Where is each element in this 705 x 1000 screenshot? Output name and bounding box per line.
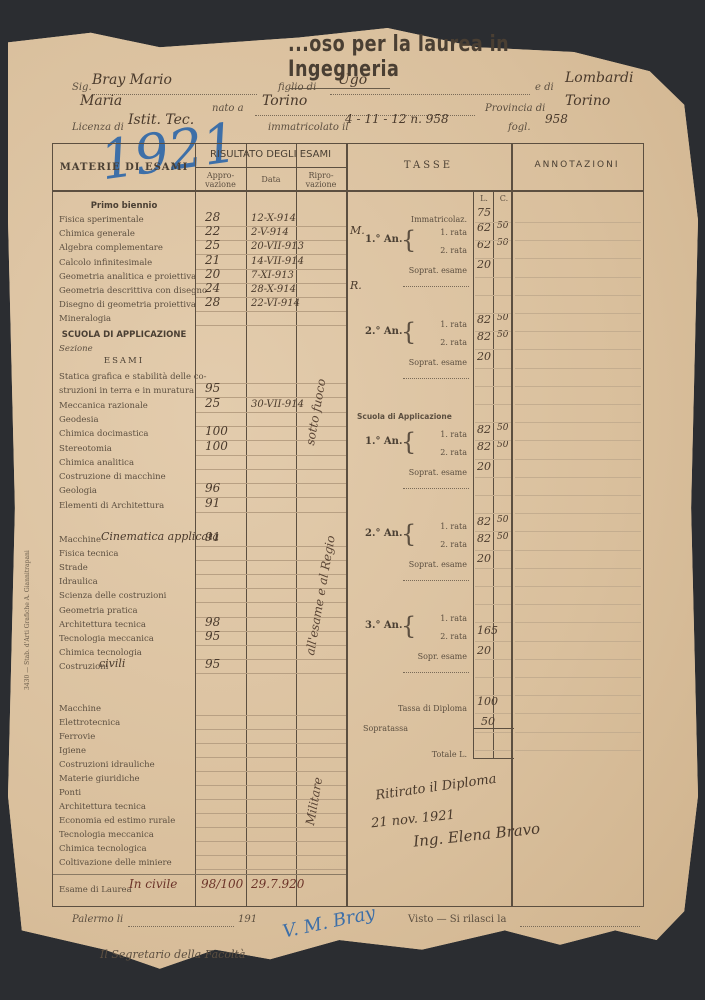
fogl-label: fogl. (508, 122, 531, 133)
tasse-year-label: 1.° An. (365, 436, 402, 447)
subject-row: Scienza delle costruzioni (59, 591, 166, 601)
subject-row: Idraulica (59, 577, 98, 587)
col-riprovazione-header: Ripro-vazione (296, 171, 346, 189)
subject-row: Fisica tecnica (59, 549, 118, 559)
annot-rule (515, 240, 641, 241)
rata2-L: 82 (477, 440, 491, 453)
col-L-header: L. (477, 194, 491, 203)
tasse-rule (475, 568, 511, 569)
tasse-year-label: 2.° An. (365, 326, 402, 337)
annot-rule (515, 222, 641, 223)
footer-visto-line (520, 926, 640, 927)
row-rule (196, 813, 346, 814)
rata2-L: 82 (477, 532, 491, 545)
subject-row: Macchine (59, 704, 101, 714)
soprat-L: 20 (477, 258, 491, 271)
footer-place-line (128, 926, 234, 927)
subject-row: Chimica generale (59, 229, 135, 239)
row-rule (196, 827, 346, 828)
row-rule (196, 469, 346, 470)
subject-row: Strade (59, 563, 88, 573)
col-divider (346, 144, 348, 906)
subject-row: Igiene (59, 746, 86, 756)
figlio-label: figlio di (278, 82, 316, 93)
row-rule (196, 311, 346, 312)
tasse-rule (475, 459, 511, 460)
section-esami: ESAMI (53, 356, 195, 366)
subject-grade: 28 (205, 295, 220, 309)
tasse-dotline (403, 286, 469, 287)
row-rule (196, 412, 346, 413)
footer-secretary: Il Segretario della Facoltà (100, 948, 245, 961)
subject-row: Geometria analitica e proiettiva (59, 272, 196, 282)
subject-row: Tecnologia meccanica (59, 634, 154, 644)
subject-grade: 20 (205, 267, 220, 281)
tasse-letter-r: R. (350, 279, 362, 292)
annot-rule (515, 277, 641, 278)
rata2-label: 2. rata (413, 540, 467, 549)
subject-row: Chimica tecnologica (59, 844, 147, 854)
rata1-L: 82 (477, 515, 491, 528)
col-materie-header: MATERIE DI ESAMI (53, 162, 195, 173)
tasse-rule (475, 477, 511, 478)
row-rule (196, 325, 346, 326)
soprat-L: 20 (477, 350, 491, 363)
annot-rule (515, 695, 641, 696)
scuola-applicazione-label: Scuola di Applicazione (357, 412, 467, 421)
tasse-dotline (403, 488, 469, 489)
subject-row: Economia ed estimo rurale (59, 816, 175, 826)
tasse-rule (475, 495, 511, 496)
col-approvazione-header: Appro-vazione (195, 171, 246, 189)
tasse-dotline (403, 672, 469, 673)
annot-rule (515, 459, 641, 460)
tasse-rule (475, 368, 511, 369)
row-rule (196, 645, 346, 646)
rata1-label: 1. rata (413, 430, 467, 439)
tasse-rule (475, 422, 511, 423)
footer-place: Palermo li (72, 914, 123, 925)
header-divider (53, 190, 643, 192)
subject-row: Algebra complementare (59, 243, 163, 253)
col-divider (511, 144, 513, 906)
section-primo-biennio: Primo biennio (53, 201, 195, 211)
immatricolaz-label: Immatricolaz. (383, 215, 467, 224)
subject-grade: 96 (205, 481, 220, 495)
immatricolato-value: 4 - 11 - 12 n. 958 (345, 112, 449, 126)
annot-rule (515, 586, 641, 587)
tasse-rule (475, 349, 511, 350)
subject-grade: 22 (205, 224, 220, 238)
subject-grade: 21 (205, 253, 220, 267)
rata1-label: 1. rata (413, 228, 467, 237)
annot-rule (515, 659, 641, 660)
tasse-rule (475, 240, 511, 241)
rata2-label: 2. rata (413, 632, 467, 641)
tassa-diploma-label: Tassa di Diploma (363, 704, 467, 713)
tasse-year-label: 3.° An. (365, 620, 402, 631)
row-rule (196, 729, 346, 730)
tasse-rule (475, 331, 511, 332)
subject-grade: 95 (205, 629, 220, 643)
tasse-rule (475, 386, 511, 387)
nato-value: Torino (262, 93, 307, 109)
annot-rule (515, 531, 641, 532)
subject-date: 22-VI-914 (251, 298, 300, 309)
esame-laurea-date: 29.7.920 (251, 877, 304, 891)
rata2-label: 2. rata (413, 338, 467, 347)
immatricolaz-L: 75 (477, 206, 491, 219)
provincia-value: Torino (565, 93, 610, 109)
tasse-rule (475, 604, 511, 605)
subject-row: Elettrotecnica (59, 718, 120, 728)
tasse-C-divider (493, 190, 494, 758)
subject-row: Macchine (59, 535, 101, 545)
subject-row: Elementi di Architettura (59, 501, 164, 511)
soprat-L: 20 (477, 460, 491, 473)
esame-laurea-note: In civile (129, 877, 177, 891)
annot-rule (515, 750, 641, 751)
totale-bottom (473, 758, 514, 759)
annot-rule (515, 368, 641, 369)
annot-rule (515, 568, 641, 569)
col-C-header: C. (497, 194, 511, 203)
annot-rule (515, 677, 641, 678)
tasse-rule (475, 586, 511, 587)
soprat-label: Soprat. esame (383, 560, 467, 569)
subject-row: Geometria descrittiva con disegno (59, 286, 207, 296)
annot-rule (515, 422, 641, 423)
madre-value: Lombardi (565, 70, 633, 86)
immatricolato-label: immatricolato il (268, 122, 349, 133)
annot-rule (515, 313, 641, 314)
subject-grade: 95 (205, 381, 220, 395)
subject-grade: 91 (205, 496, 220, 510)
riprovazione-note-2: all'esame e al Regio (303, 534, 338, 656)
subject-row: Architettura tecnica (59, 802, 146, 812)
provincia-label: Provincia di (485, 103, 545, 114)
tasse-rule (475, 550, 511, 551)
col-tasse-header: TASSE (346, 160, 511, 171)
tasse-rule (475, 750, 511, 751)
annot-rule (515, 386, 641, 387)
annotation-date: 21 nov. 1921 (370, 808, 455, 832)
subject-row: Disegno di geometria proiettiva (59, 300, 196, 310)
subject-date: 7-XI-913 (251, 270, 294, 281)
subject-row: Mineralogia (59, 314, 111, 324)
subject-date: 30-VII-914 (251, 399, 304, 410)
tasse-rule (475, 622, 511, 623)
annot-rule (515, 604, 641, 605)
annotation-ritirato: Ritirato il Diploma (375, 772, 498, 804)
rata1-label: 1. rata (413, 614, 467, 623)
annot-rule (515, 404, 641, 405)
rata2-label: 2. rata (413, 246, 467, 255)
subject-row: Chimica analitica (59, 458, 134, 468)
subject-row: Coltivazione delle miniere (59, 858, 172, 868)
annot-rule (515, 641, 641, 642)
col-risultato-header: RISULTATO DEGLI ESAMI (195, 149, 346, 160)
row-rule (196, 743, 346, 744)
annot-rule (515, 622, 641, 623)
rata1-C: 50 (497, 313, 508, 323)
soprat-label: Soprat. esame (383, 266, 467, 275)
tasse-rule (475, 440, 511, 441)
subject-row: Ferrovie (59, 732, 95, 742)
row-rule (196, 673, 346, 674)
totale-label: Totale L. (383, 750, 467, 759)
rata2-C: 50 (497, 440, 508, 450)
col-divider (195, 144, 196, 906)
subject-row: Geometria pratica (59, 606, 138, 616)
annot-rule (515, 495, 641, 496)
esame-laurea-grade: 98/100 (201, 877, 243, 891)
tasse-rule (475, 641, 511, 642)
soprat-L: 20 (477, 644, 491, 657)
row-rule (196, 455, 346, 456)
section-scuola-applicazione: SCUOLA DI APPLICAZIONE (53, 330, 195, 340)
annot-rule (515, 295, 641, 296)
subject-grade: 98 (205, 615, 220, 629)
riprovazione-note-3: Militare (303, 776, 325, 826)
rata2-label: 2. rata (413, 448, 467, 457)
row-rule (196, 799, 346, 800)
subject-note: civili (99, 657, 125, 670)
row-rule (196, 869, 346, 870)
subject-grade: 25 (205, 396, 220, 410)
subject-grade: 28 (205, 210, 220, 224)
col-divider (246, 144, 247, 906)
subject-grade: 100 (205, 439, 228, 453)
tasse-rule (475, 531, 511, 532)
subject-date: 20-VII-913 (251, 241, 304, 252)
exam-table: MATERIE DI ESAMI RISULTATO DEGLI ESAMI A… (52, 143, 644, 907)
subject-row: Geodesia (59, 415, 99, 425)
sig-label: Sig. (72, 82, 92, 93)
sig-value: Bray Mario (92, 72, 172, 88)
subject-row: Chimica docimastica (59, 429, 149, 439)
subject-row: Costruzione di macchine (59, 472, 166, 482)
subject-date: 12-X-914 (251, 213, 296, 224)
subject-date: 2-V-914 (251, 227, 289, 238)
tasse-rule (475, 313, 511, 314)
rata2-L: 165 (477, 624, 498, 637)
soprat-label: Soprat. esame (383, 358, 467, 367)
row-rule (196, 841, 346, 842)
annot-rule (515, 513, 641, 514)
tasse-year-label: 2.° An. (365, 528, 402, 539)
madre-value2: Maria (80, 93, 122, 109)
tasse-year-label: 1.° An. (365, 234, 402, 245)
tasse-rule (475, 695, 511, 696)
annot-rule (515, 349, 641, 350)
tasse-L-divider (473, 190, 474, 758)
tasse-dotline (403, 378, 469, 379)
row-rule (196, 855, 346, 856)
fogl-value: 958 (545, 112, 568, 126)
tasse-rule (475, 277, 511, 278)
totale-divider (473, 728, 514, 729)
subject-grade: 100 (205, 424, 228, 438)
sopratassa-label: Sopratassa (363, 724, 443, 733)
annot-rule (515, 477, 641, 478)
subject-row: Materie giuridiche (59, 774, 140, 784)
annot-rule (515, 331, 641, 332)
subject-row: Costruzioni idrauliche (59, 760, 155, 770)
subject-note: Cinematica applicata (101, 530, 219, 543)
esame-laurea-label: Esame di Laurea (59, 885, 132, 895)
row-rule (196, 771, 346, 772)
subject-date: 14-VII-914 (251, 256, 304, 267)
subject-row: Meccanica razionale (59, 401, 148, 411)
tasse-rule (475, 659, 511, 660)
subject-row: Architettura tecnica (59, 620, 146, 630)
tasse-rule (475, 295, 511, 296)
subheader-divider (195, 167, 346, 168)
sopratassa-L: 50 (481, 715, 495, 728)
printer-mark: 3430 — Stab. d'Arti Grafiche A. Giannitr… (24, 550, 31, 690)
col-annotazioni-header: ANNOTAZIONI (511, 160, 643, 170)
annot-rule (515, 550, 641, 551)
annot-rule (515, 440, 641, 441)
tasse-rule (475, 404, 511, 405)
subject-grade: 25 (205, 238, 220, 252)
subject-row: Fisica sperimentale (59, 215, 144, 225)
laurea-divider (53, 874, 346, 875)
col-data-header: Data (246, 175, 296, 184)
figlio-value: Ugo (338, 72, 367, 88)
rata1-L: 82 (477, 423, 491, 436)
subject-date: 28-X-914 (251, 284, 296, 295)
annot-rule (515, 258, 641, 259)
tasse-rule (475, 713, 511, 714)
subject-row: Ponti (59, 788, 81, 798)
subject-row: struzioni in terra e in muratura (59, 386, 194, 396)
sezione-label: Sezione (59, 344, 93, 354)
subject-row: Statica grafica e stabilità delle co- (59, 372, 207, 382)
rata1-C: 50 (497, 423, 508, 433)
tasse-rule (475, 222, 511, 223)
soprat-label: Sopr. esame (383, 652, 467, 661)
rata2-C: 50 (497, 532, 508, 542)
rata1-label: 1. rata (413, 320, 467, 329)
footer-year: 191 (238, 914, 257, 925)
tasse-rule (475, 732, 511, 733)
rata1-label: 1. rata (413, 522, 467, 531)
soprat-label: Soprat. esame (383, 468, 467, 477)
subject-grade: 24 (205, 281, 220, 295)
row-rule (196, 512, 346, 513)
subject-row: Stereotomia (59, 444, 112, 454)
rata1-L: 82 (477, 313, 491, 326)
figlio-line (330, 94, 530, 95)
tasse-rule (475, 513, 511, 514)
tasse-letter-m: M. (350, 224, 365, 237)
footer-visto: Visto — Si rilasci la (408, 914, 506, 925)
tassa-diploma-L: 100 (477, 695, 498, 708)
annot-rule (515, 732, 641, 733)
row-rule (196, 715, 346, 716)
subject-grade: 95 (205, 657, 220, 671)
subject-row: Calcolo infinitesimale (59, 258, 152, 268)
subject-row: Geologia (59, 486, 97, 496)
tasse-dotline (403, 580, 469, 581)
annot-rule (515, 713, 641, 714)
tasse-rule (475, 677, 511, 678)
tasse-rule (475, 258, 511, 259)
subject-row: Tecnologia meccanica (59, 830, 154, 840)
subject-grade: 91 (205, 530, 220, 544)
row-rule (196, 757, 346, 758)
soprat-L: 20 (477, 552, 491, 565)
madre-label: e di (535, 82, 554, 93)
rata1-C: 50 (497, 515, 508, 525)
